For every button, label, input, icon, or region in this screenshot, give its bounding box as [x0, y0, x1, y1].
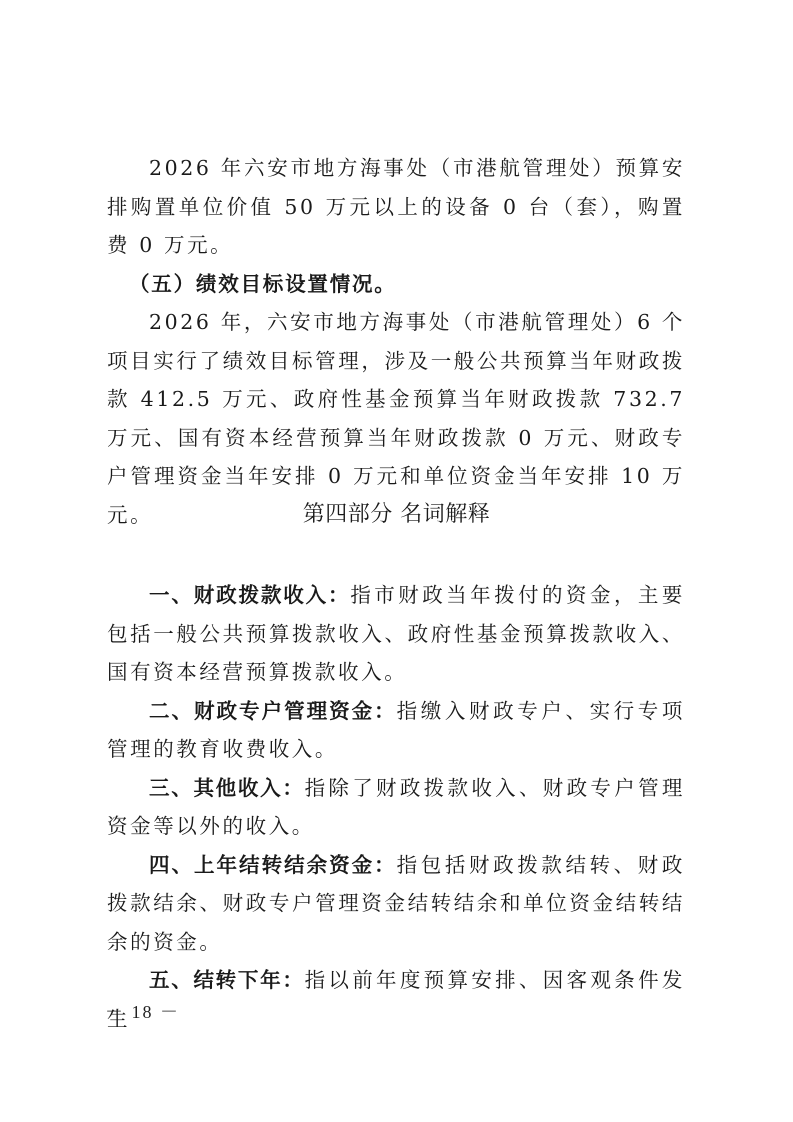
definitions-list: 一、财政拨款收入：指市财政当年拨付的资金，主要包括一般公共预算拨款收入、政府性基… [107, 576, 685, 1038]
definition-item: 三、其他收入：指除了财政拨款收入、财政专户管理资金等以外的收入。 [107, 769, 685, 846]
definition-item: 四、上年结转结余资金：指包括财政拨款结转、财政拨款结余、财政专户管理资金结转结余… [107, 846, 685, 962]
definition-term: 四、上年结转结余资金： [149, 853, 397, 877]
definition-term: 二、财政专户管理资金： [149, 699, 397, 723]
performance-heading: （五）绩效目标设置情况。 [107, 265, 685, 304]
definition-item: 一、财政拨款收入：指市财政当年拨付的资金，主要包括一般公共预算拨款收入、政府性基… [107, 576, 685, 692]
top-section: 2026 年六安市地方海事处（市港航管理处）预算安排购置单位价值 50 万元以上… [107, 149, 685, 534]
definition-term: 一、财政拨款收入： [149, 583, 350, 607]
equipment-paragraph: 2026 年六安市地方海事处（市港航管理处）预算安排购置单位价值 50 万元以上… [107, 149, 685, 265]
document-page: 2026 年六安市地方海事处（市港航管理处）预算安排购置单位价值 50 万元以上… [0, 0, 793, 1122]
definition-term: 三、其他收入： [149, 776, 305, 800]
page-number: － 18 － [105, 998, 180, 1024]
definition-item: 五、结转下年：指以前年度预算安排、因客观条件发生 [107, 961, 685, 1038]
definition-item: 二、财政专户管理资金：指缴入财政专户、实行专项管理的教育收费收入。 [107, 692, 685, 769]
definition-term: 五、结转下年： [149, 968, 305, 992]
section-title: 第四部分 名词解释 [0, 497, 793, 528]
